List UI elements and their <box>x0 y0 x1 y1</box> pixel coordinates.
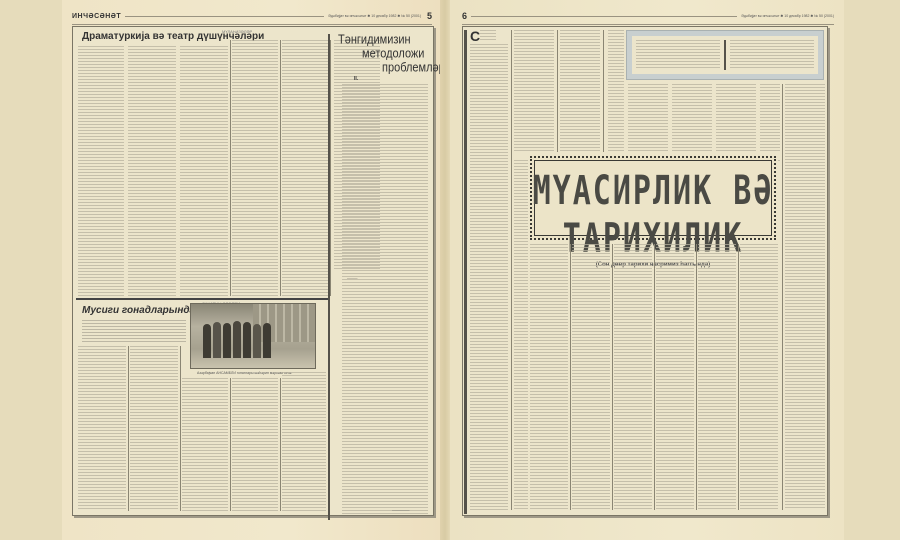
column-divider <box>612 244 613 510</box>
text-column <box>628 84 668 152</box>
text-column <box>672 84 712 152</box>
text-column <box>180 46 228 296</box>
text-column <box>740 244 778 510</box>
column-divider <box>570 244 571 510</box>
article-border <box>328 34 330 520</box>
note-text <box>636 40 720 70</box>
column-divider <box>180 346 181 511</box>
text-column <box>514 30 554 152</box>
note-text <box>730 40 814 70</box>
text-column <box>785 84 825 510</box>
page-gutter <box>440 0 450 540</box>
text-column <box>698 244 736 510</box>
text-column <box>78 346 126 511</box>
section-divider <box>76 298 328 300</box>
feature-banner: МҮАСИРЛИК ВӘ ТАРИХИЛИК (Сон дөвр тарихи … <box>530 156 776 240</box>
left-page: ИНЧӘСӘНӘТ Әдәбијјат вә инчәсәнәт ✱ 10 де… <box>62 0 440 540</box>
text-column <box>614 244 652 510</box>
column-divider <box>603 30 604 152</box>
header-underline <box>72 24 432 25</box>
editorial-note-box <box>626 30 824 80</box>
article-title-line: Тәнгидимизин <box>338 33 411 47</box>
text-column <box>182 378 228 511</box>
text-column <box>128 46 176 296</box>
text-column <box>572 244 610 510</box>
article-part: II. <box>354 76 358 82</box>
right-page: 6 Әдәбијјат вә инчәсәнәт ✱ 10 декабр 198… <box>450 0 844 540</box>
text-column <box>760 84 780 152</box>
column-divider <box>511 30 512 510</box>
author-signature: ――――― <box>392 508 410 512</box>
right-page-header: 6 Әдәбијјат вә инчәсәнәт ✱ 10 декабр 198… <box>462 10 834 22</box>
column-divider <box>280 378 281 511</box>
drop-cap: С <box>470 28 480 44</box>
column-divider <box>128 346 129 511</box>
column-divider <box>696 244 697 510</box>
text-column <box>232 40 278 296</box>
text-column <box>232 378 278 511</box>
text-column <box>78 46 124 296</box>
column-divider <box>782 84 783 510</box>
text-column <box>608 30 624 152</box>
text-column <box>716 84 756 152</box>
news-photo <box>190 303 316 369</box>
column-divider <box>330 40 331 296</box>
spacer <box>778 160 780 161</box>
column-divider <box>738 244 739 510</box>
page-number: 6 <box>462 11 467 21</box>
column-divider <box>557 30 558 152</box>
publication-info: Әдәбијјат вә инчәсәнәт ✱ 10 декабр 1982 … <box>741 14 834 18</box>
section-name: ИНЧӘСӘНӘТ <box>72 13 121 20</box>
text-column <box>514 160 528 510</box>
header-rule <box>125 16 324 17</box>
text-column <box>530 244 568 510</box>
left-border-bar <box>464 30 467 514</box>
page-number: 5 <box>427 11 432 21</box>
text-column <box>342 84 382 514</box>
column-divider <box>654 244 655 510</box>
text-column <box>282 40 328 296</box>
header-rule <box>471 16 737 17</box>
article-lead <box>82 320 186 342</box>
note-divider <box>724 40 726 70</box>
text-column <box>560 30 600 152</box>
left-page-header: ИНЧӘСӘНӘТ Әдәбијјат вә инчәсәнәт ✱ 10 де… <box>72 10 432 22</box>
column-divider <box>230 40 231 296</box>
text-column <box>282 372 326 511</box>
column-divider <box>280 40 281 296</box>
text-column <box>130 346 178 511</box>
article-title-line: методоложи <box>362 47 424 61</box>
newspaper-spread: ИНЧӘСӘНӘТ Әдәбијјат вә инчәсәнәт ✱ 10 де… <box>0 0 900 540</box>
text-column <box>382 84 428 514</box>
column-divider <box>230 378 231 511</box>
text-column <box>470 44 508 510</box>
publication-info: Әдәбијјат вә инчәсәнәт ✱ 10 декабр 1982 … <box>328 14 421 18</box>
article-title: Мусиги гонадларында <box>82 305 195 316</box>
text-column <box>656 244 694 510</box>
header-underline <box>462 24 834 25</box>
text-column <box>480 30 496 42</box>
